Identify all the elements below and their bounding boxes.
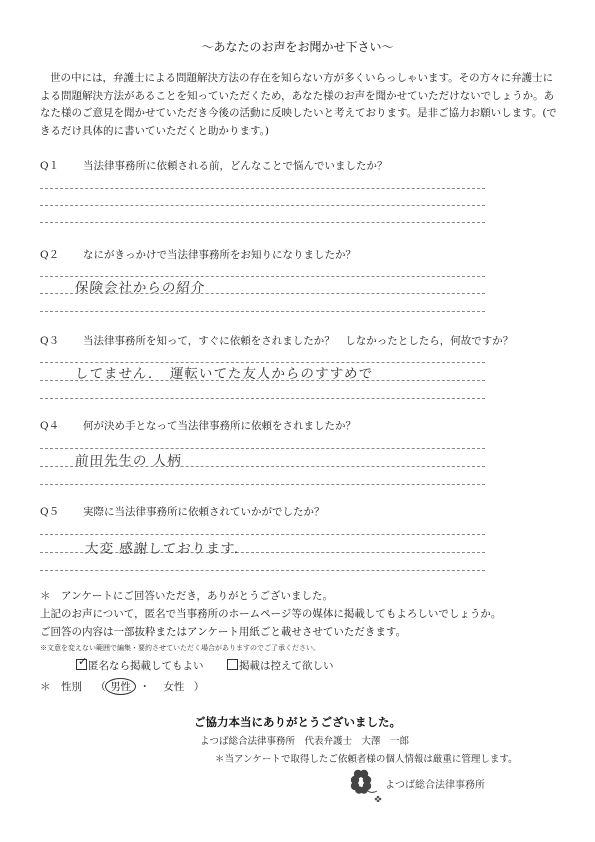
question-text: なにがきっかけで当法律事務所をお知りになりましたか？	[83, 247, 356, 262]
answer-line	[40, 398, 485, 399]
answer-line	[40, 570, 485, 571]
checkbox-checked-icon[interactable]: ✓	[76, 659, 87, 670]
answer-line	[40, 222, 485, 223]
consent-question: 上記のお声について，匿名で当事務所のホームページ等の媒体に掲載してもよろしいでし…	[40, 606, 501, 621]
question-number: Q４	[40, 418, 59, 433]
question-text: 当法律事務所を知って，すぐに依頼をされましたか？ しなかったとしたら，何故ですか…	[83, 333, 513, 348]
paren-close: ）	[194, 681, 205, 693]
question-number: Q２	[40, 247, 59, 262]
question-text: 何が決め手となって当法律事務所に依頼をされましたか？	[83, 418, 356, 433]
handwritten-answer: 大変 感謝しております．	[84, 537, 249, 557]
question-number: Q３	[40, 333, 59, 348]
gender-row: ＊ 性別 （ 男性 ・ 女性 ）	[40, 678, 204, 695]
question-number: Q５	[40, 504, 59, 519]
answer-line	[40, 311, 485, 312]
option-no-publish-label: 掲載は控えて欲しい	[239, 660, 334, 672]
intro-paragraph: 世の中には，弁護士による問題解決方法の存在を知らない方が多くいらっしゃいます。そ…	[40, 70, 560, 140]
intro-text: 世の中には，弁護士による問題解決方法の存在を知らない方が多くいらっしゃいます。そ…	[40, 70, 560, 140]
gender-option-male-selected[interactable]: 男性	[105, 678, 136, 695]
consent-edit-note: ※文意を変えない範囲で編集・要約させていただく場合がありますのでご了承ください。	[40, 643, 320, 653]
option-anonymous-ok[interactable]: ✓匿名なら掲載してもよい	[76, 658, 204, 673]
handwritten-answer-part2: 運転いてた友人からのすすめで	[169, 362, 374, 382]
question-text: 当法律事務所に依頼される前，どんなことで悩んでいましたか？	[83, 158, 388, 173]
privacy-notice: ＊当アンケートで取得したご依頼者様の個人情報は厳重に管理します。	[215, 751, 518, 765]
firm-logo-text: よつば総合法律事務所	[385, 776, 485, 791]
document-title: ～あなたのお声をお聞かせ下さい～	[0, 38, 595, 55]
question-number: Q１	[40, 158, 59, 173]
question-text: 実際に当法律事務所に依頼されていかがでしたか？	[83, 504, 325, 519]
option-no-publish[interactable]: 掲載は控えて欲しい	[227, 658, 334, 673]
handwritten-answer: 保険会社からの紹介	[74, 276, 206, 296]
answer-line	[40, 484, 485, 485]
consent-scope: ご回答の内容は一部抜粋またはアンケート用紙ごと載せさせていただきます。	[40, 624, 406, 639]
gender-label: ＊ 性別	[40, 681, 82, 693]
four-leaf-clover-icon	[350, 768, 382, 802]
separator: ・	[140, 681, 151, 693]
consent-thanks: ＊ アンケートにご回答いただき，ありがとうございました。	[40, 588, 333, 603]
signature: よつば総合法律事務所 代表弁護士 大澤 一郎	[200, 733, 409, 747]
handwritten-answer: 前田先生の 人柄	[74, 449, 182, 469]
answer-line	[40, 188, 485, 189]
gender-option-female[interactable]: 女性	[163, 681, 184, 693]
checkbox-unchecked-icon[interactable]	[227, 659, 238, 670]
handwritten-answer-part1: してません．	[74, 362, 163, 382]
option-anonymous-ok-label: 匿名なら掲載してもよい	[88, 660, 204, 672]
closing-thanks: ご協力本当にありがとうございました。	[0, 714, 595, 730]
answer-line	[40, 205, 485, 206]
answer-line	[40, 534, 485, 535]
